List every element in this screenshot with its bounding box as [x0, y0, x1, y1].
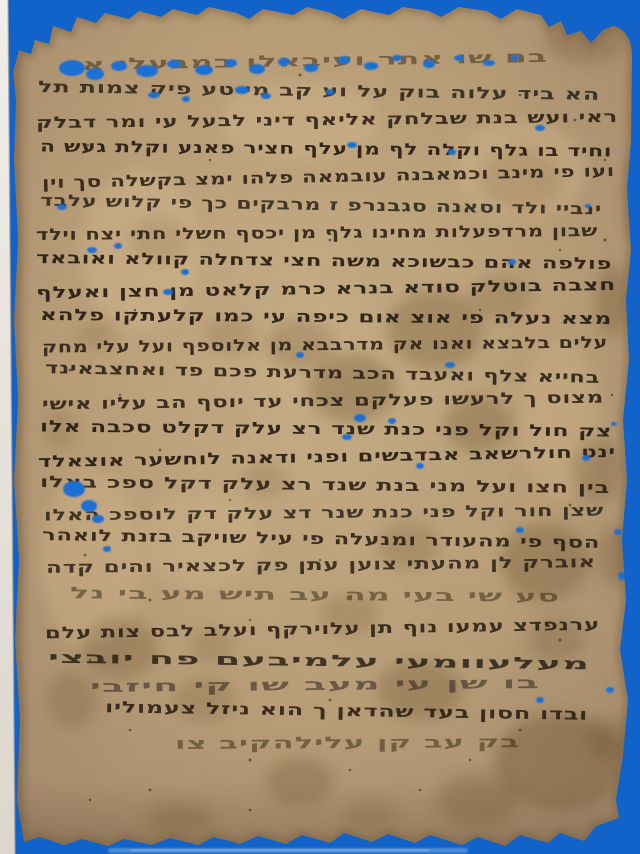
ink-speck [129, 729, 132, 732]
hole [508, 259, 516, 265]
text-line: סע שי בעי מה עב תיש מע בי נל [70, 583, 560, 605]
hole [338, 56, 350, 64]
hole [278, 58, 290, 66]
ink-speck [419, 789, 421, 791]
hole [57, 204, 67, 210]
hole [103, 546, 111, 552]
hole [235, 86, 249, 94]
hole [392, 55, 402, 61]
hole [195, 65, 213, 75]
hole [92, 515, 104, 523]
stain [48, 672, 96, 728]
text-line: בק עב קן עלילהקיב צו [175, 732, 520, 753]
hole [448, 149, 456, 155]
hole [63, 481, 85, 497]
hole [86, 68, 104, 80]
hole [606, 687, 614, 693]
ink-speck [209, 159, 211, 161]
hole [536, 697, 544, 703]
ink-speck [249, 809, 252, 812]
hole [416, 463, 424, 469]
hole [423, 60, 435, 68]
stain [148, 802, 212, 834]
hole [163, 289, 173, 295]
hole [347, 142, 357, 148]
bottom-reflection [108, 848, 468, 853]
hole [181, 269, 189, 275]
hole [364, 62, 378, 70]
ink-speck [89, 799, 91, 801]
ink-speck [149, 789, 152, 792]
text-line: בו שן עי מעב שו קי חיזבי [90, 673, 540, 696]
hole [182, 96, 190, 102]
hole [87, 247, 97, 253]
ink-speck [299, 74, 302, 77]
ink-speck [559, 639, 562, 642]
hole [445, 362, 455, 368]
hole [304, 64, 318, 72]
stain [438, 774, 518, 826]
hole [611, 422, 617, 426]
hole [114, 243, 122, 249]
hole [454, 55, 464, 61]
manuscript-photo-canvas: בם שו אתר ועיבאלו במבעלי אוהא ביד עלוה ב… [0, 0, 640, 854]
ink-speck [604, 239, 607, 242]
hole [261, 93, 271, 99]
hole [614, 529, 622, 535]
ink-speck [611, 394, 613, 396]
hole [342, 434, 352, 440]
hole [483, 60, 495, 66]
hole [585, 204, 591, 208]
hole [111, 61, 127, 71]
hole [136, 65, 158, 77]
hole [388, 418, 396, 424]
hole [148, 92, 160, 98]
ink-speck [559, 249, 561, 251]
text-line: מצא נעלה פי אוצ אום כיפה עי כמו קלעתקו פ… [40, 305, 612, 328]
ink-speck [249, 759, 252, 762]
stain [266, 758, 334, 806]
hole [354, 414, 366, 422]
hole [516, 527, 524, 533]
ink-speck [349, 769, 351, 771]
stain [344, 800, 396, 828]
hole [59, 60, 85, 76]
hole [81, 500, 97, 512]
ink-speck [84, 554, 87, 557]
hole [296, 352, 304, 358]
hole [225, 59, 237, 67]
text-line: שבון מרדפעלות מחינו גלף מן יכסף חשלי חתי… [36, 221, 598, 244]
ink-speck [469, 759, 471, 761]
manuscript-photograph: בם שו אתר ועיבאלו במבעלי אוהא ביד עלוה ב… [0, 0, 640, 854]
ink-speck [519, 729, 522, 732]
hole [249, 64, 265, 74]
hole [535, 125, 545, 131]
ink-speck [229, 499, 231, 501]
hole [582, 455, 590, 461]
hole [511, 55, 519, 61]
stain [387, 290, 483, 370]
hole [326, 89, 334, 95]
hole [167, 60, 181, 68]
